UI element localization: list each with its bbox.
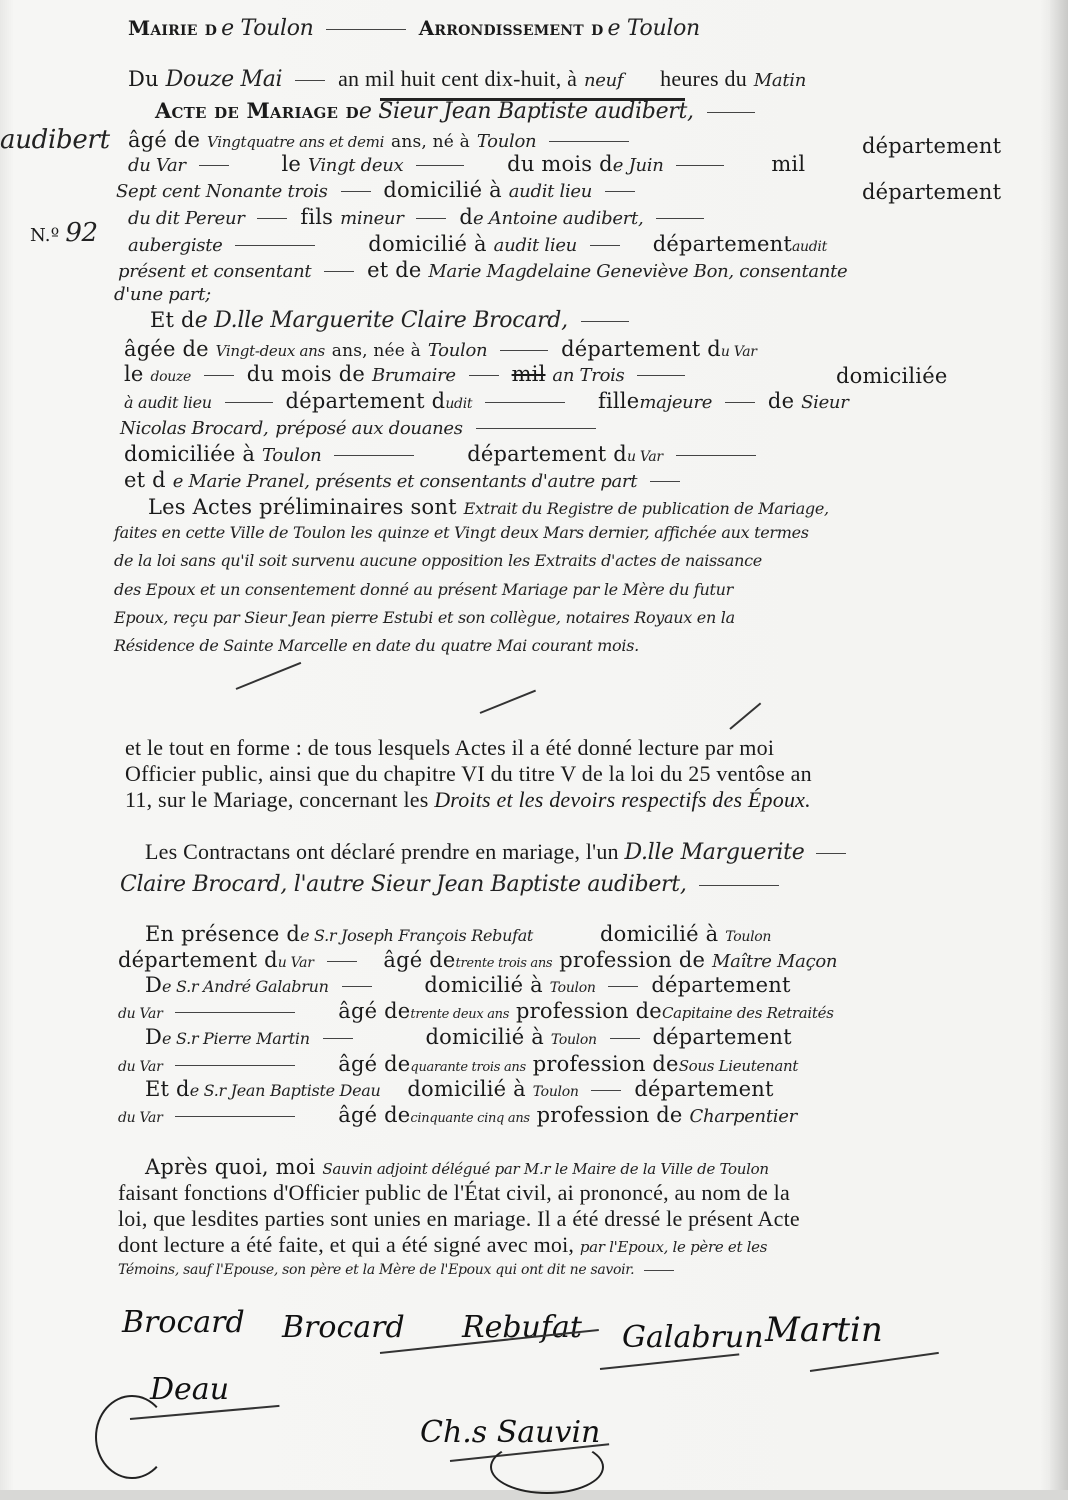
age-suffix-bride: ans, née à <box>332 341 421 361</box>
preliminaries-hw-5: Résidence de Sainte Marcelle en date du … <box>114 636 639 655</box>
closing-line-4-text: dont lecture a été faite, et qui a été s… <box>118 1232 574 1257</box>
arrondissement-label: Arrondissement d <box>419 16 604 40</box>
witness-1-domicile: Toulon <box>725 929 771 945</box>
signature-flourish <box>810 1352 939 1372</box>
witness-4-name: e S.r Jean Baptiste Deau <box>190 1081 381 1100</box>
signature-martin: Martin <box>765 1310 883 1350</box>
number-label: N.º <box>30 225 59 246</box>
closing-line-2: faisant fonctions d'Officier public de l… <box>118 1180 790 1206</box>
father-occupation: aubergiste <box>128 235 223 256</box>
witness-1-prof-label: profession de <box>559 948 705 972</box>
bride-line-3: le douze du mois de Brumaire mil an Troi… <box>124 362 691 386</box>
filler-stroke <box>480 690 536 714</box>
witness-3-profession: Sous Lieutenant <box>679 1057 798 1075</box>
father-presence: présent et consentant <box>118 261 311 282</box>
witness-4-line-2: du Var âgé decinquante cinq ans professi… <box>118 1103 797 1127</box>
preliminaries-hw-1: faites en cette Ville de Toulon les quin… <box>114 523 809 542</box>
mil-label: mil <box>771 152 805 176</box>
groom-line-5: du dit Pereur fils mineur de Antoine aud… <box>128 205 710 229</box>
printed-italic: Droits et les devoirs respectifs des Épo… <box>434 787 811 812</box>
mairie-label: Mairie d <box>128 16 217 40</box>
month-label: du mois d <box>507 152 613 176</box>
fille-label: fille <box>598 389 639 413</box>
groom-line-1: Acte de Mariage de Sieur Jean Baptiste a… <box>155 98 761 124</box>
witness-4-line-1: Et de S.r Jean Baptiste Deau domicilié à… <box>145 1077 774 1101</box>
witness-3-age: quarante trois ans <box>410 1060 525 1075</box>
witness-2-line-2: du Var âgé detrente deux ans profession … <box>118 999 834 1023</box>
preliminaries-label-line: Les Actes préliminaires sont Extrait du … <box>148 495 829 519</box>
printed-line-2: Officier public, ainsi que du chapitre V… <box>125 761 812 787</box>
witness-2-age-label: âgé de <box>338 999 410 1023</box>
domicile-label: domicilié à <box>383 178 501 202</box>
age-label: âgé de <box>128 128 200 152</box>
signature-flourish <box>600 1353 739 1370</box>
date-day-month: Douze Mai <box>166 67 283 92</box>
signature-flourish-loop <box>490 1440 604 1494</box>
margin-surname: audibert <box>0 125 110 155</box>
groom-birth-day: Vingt deux <box>308 155 403 176</box>
preliminaries-hw-0: Extrait du Registre de publication de Ma… <box>464 499 829 518</box>
witness-intro: En présence d <box>145 922 300 946</box>
groom-line-7: présent et consentant et de Marie Magdel… <box>118 258 847 282</box>
signature-brocard-2: Brocard <box>282 1310 405 1345</box>
witness-3-name: e S.r Pierre Martin <box>162 1029 310 1048</box>
hour-value: neuf <box>584 70 623 91</box>
bride-line-4: à audit lieu département dudit fillemaje… <box>124 389 849 413</box>
bride-line-7: et d e Marie Pranel, présents et consent… <box>124 468 686 492</box>
witness-1-dept: u Var <box>278 955 314 971</box>
bride-domicile-label: domiciliée <box>836 364 947 388</box>
signature-deau: Deau <box>150 1372 229 1407</box>
witness-4-age: cinquante cinq ans <box>410 1111 529 1126</box>
witness-3-dept: du Var <box>118 1059 163 1075</box>
witness-1-name: e S.r Joseph François Rebufat <box>300 926 533 945</box>
acte-label: Acte de Mariage d <box>155 98 359 123</box>
groom-line-3: du Var le Vingt deux du mois de Juin mil <box>128 152 805 176</box>
father-domicile: audit lieu <box>494 235 577 256</box>
bride-domicile2-label: domiciliée à <box>124 442 255 466</box>
signature-galabrun: Galabrun <box>622 1320 764 1355</box>
bride-line-6: domiciliée à Toulon département du Var <box>124 442 762 466</box>
signature-flourish-loop <box>95 1395 169 1479</box>
header-row: Mairie de Toulon Arrondissement de Toulo… <box>128 16 700 41</box>
signature-rebufat: Rebufat <box>462 1310 582 1345</box>
groom-birth-year: Sept cent Nonante trois <box>116 181 328 202</box>
father-domicile-label: domicilié à <box>368 232 486 256</box>
groom-line-4: Sept cent Nonante trois domicilié à audi… <box>116 178 641 202</box>
filler-stroke <box>729 703 761 730</box>
officer-hw: Sauvin adjoint délégué par M.r le Maire … <box>322 1160 768 1178</box>
witness-1-domicile-label: domicilié à <box>600 922 718 946</box>
groom-line-6: aubergiste domicilié à audit lieu départ… <box>128 232 827 256</box>
page-edge <box>1050 0 1068 1500</box>
bride-father: Nicolas Brocard, <box>120 418 268 439</box>
age-suffix: ans, né à <box>391 132 470 152</box>
witness-2-domicile: Toulon <box>550 980 596 996</box>
contract-line: Les Contractans ont déclaré prendre en m… <box>145 839 852 865</box>
contract-hw-2: Claire Brocard, l'autre Sieur Jean Bapti… <box>120 872 687 897</box>
bride-birthplace: Toulon <box>428 340 487 361</box>
groom-part: d'une part; <box>114 284 211 305</box>
groom-birth-month: e Juin <box>613 155 664 176</box>
witness-4-prof-label: profession de <box>537 1103 683 1127</box>
document-page: Mairie de Toulon Arrondissement de Toulo… <box>0 0 1068 1500</box>
bride-domicile2: Toulon <box>262 445 321 466</box>
bride-dept: u Var <box>721 344 757 360</box>
bride-name: e D.lle Marguerite Claire Brocard, <box>195 308 568 333</box>
witness-1-line-1: En présence de S.r Joseph François Rebuf… <box>145 922 771 946</box>
witness-3-prof-label: profession de <box>533 1052 679 1076</box>
bride-dept-label: département d <box>561 337 721 361</box>
groom-dept-2: du dit Pereur <box>128 208 245 229</box>
witness-4-profession: Charpentier <box>689 1106 796 1127</box>
bride-birth-month: Brumaire <box>372 365 456 386</box>
witness-2-dept: du Var <box>118 1006 163 1022</box>
contract-hw-1: D.lle Marguerite <box>624 840 804 865</box>
period-value: Matin <box>754 70 806 91</box>
bride-line-5: Nicolas Brocard, préposé aux douanes <box>120 415 602 439</box>
mother-label: et de <box>367 258 421 282</box>
witness-3-prefix: D <box>145 1025 162 1049</box>
printed-line-3: 11, sur le Mariage, concernant les Droit… <box>125 787 811 813</box>
number-value: 92 <box>65 218 97 248</box>
witness-2-dept-label: département <box>651 973 790 997</box>
groom-name: e Sieur Jean Baptiste audibert, <box>359 99 694 124</box>
bride-father-occupation: préposé aux douanes <box>275 418 462 439</box>
witness-3-line-1: De S.r Pierre Martin domicilié à Toulon … <box>145 1025 792 1049</box>
groom-father: e Antoine audibert, <box>473 208 643 229</box>
bride-dept3-label: département d <box>467 442 627 466</box>
witness-2-prof-label: profession de <box>516 999 662 1023</box>
fille-status: majeure <box>639 392 712 413</box>
bride-mother-label: et d <box>124 468 166 492</box>
sign-hw-1: par l'Epoux, le père et les <box>580 1238 767 1256</box>
father-dept-label: département <box>653 232 792 256</box>
du-label: Du <box>128 67 159 91</box>
bride-birth-day: douze <box>150 369 191 385</box>
printed-line-3-text: 11, sur le Mariage, concernant les <box>125 787 434 812</box>
closing-line-5: Témoins, sauf l'Epouse, son père et la M… <box>118 1262 680 1278</box>
witness-3-dept-label: département <box>652 1025 791 1049</box>
witness-3-domicile-label: domicilié à <box>426 1025 544 1049</box>
le-label-bride: le <box>124 362 144 386</box>
mil-label-bride: mil <box>512 362 546 386</box>
witness-1-line-2: département du Var âgé detrente trois an… <box>118 948 837 972</box>
fils-status: mineur <box>340 208 403 229</box>
bride-father-label: de <box>768 389 794 413</box>
bride-dept-label-2: département d <box>286 389 446 413</box>
preliminaries-hw-4: Epoux, reçu par Sieur Jean pierre Estubi… <box>114 608 735 627</box>
witness-4-dept-label: département <box>634 1077 773 1101</box>
dept-label-2: département <box>862 180 1001 204</box>
groom-birthplace: Toulon <box>477 131 536 152</box>
bride-mother: e Marie Pranel, présents et consentants … <box>173 471 637 492</box>
witness-2-line-1: De S.r André Galabrun domicilié à Toulon… <box>145 973 791 997</box>
father-dept: audit <box>792 239 827 255</box>
witness-2-prefix: D <box>145 973 162 997</box>
witness-4-domicile-label: domicilié à <box>407 1077 525 1101</box>
groom-mother: Marie Magdelaine Geneviève Bon, consenta… <box>428 261 847 282</box>
witness-1-age: trente trois ans <box>456 956 553 971</box>
preliminaries-hw-3: des Epoux et un consentement donné au pr… <box>114 580 733 599</box>
groom-age: Vingtquatre ans et demi <box>207 133 384 151</box>
father-label: d <box>459 205 473 229</box>
printed-line-1: et le tout en forme : de tous lesquels A… <box>125 735 774 761</box>
contract-label: Les Contractans ont déclaré prendre en m… <box>145 839 619 864</box>
witness-2-name: e S.r André Galabrun <box>162 977 329 996</box>
witness-4-dept: du Var <box>118 1110 163 1126</box>
witness-3-line-2: du Var âgé dequarante trois ans professi… <box>118 1052 798 1076</box>
mairie-value: e Toulon <box>221 16 313 41</box>
sign-hw-2: Témoins, sauf l'Epouse, son père et la M… <box>118 1262 634 1278</box>
preliminaries-label: Les Actes préliminaires sont <box>148 495 457 519</box>
closing-line-3: loi, que lesdites parties sont unies en … <box>118 1206 800 1232</box>
witness-4-domicile: Toulon <box>533 1084 579 1100</box>
age-label-bride: âgée de <box>124 337 209 361</box>
witness-1-age-label: âgé de <box>383 948 455 972</box>
et-label: Et d <box>150 308 195 332</box>
hour-label: heures du <box>660 66 747 91</box>
bride-domicile: à audit lieu <box>124 393 212 412</box>
witness-3-age-label: âgé de <box>338 1052 410 1076</box>
contract-line-2: Claire Brocard, l'autre Sieur Jean Bapti… <box>120 872 785 897</box>
preliminaries-hw-2: de la loi sans qu'il soit survenu aucune… <box>114 551 762 570</box>
arrondissement-value: e Toulon <box>607 16 699 41</box>
witness-4-prefix: Et d <box>145 1077 190 1101</box>
closing-line-4: dont lecture a été faite, et qui a été s… <box>118 1232 767 1258</box>
signature-brocard-1: Brocard <box>122 1305 245 1340</box>
witness-2-age: trente deux ans <box>410 1007 509 1022</box>
apres-label: Après quoi, moi <box>145 1155 315 1179</box>
witness-2-domicile-label: domicilié à <box>424 973 542 997</box>
filler-stroke <box>236 662 302 690</box>
witness-1-dept-label: département d <box>118 948 278 972</box>
bride-birth-year: an Trois <box>552 365 624 386</box>
witness-4-age-label: âgé de <box>338 1103 410 1127</box>
bride-age: Vingt-deux ans <box>216 342 325 360</box>
le-label: le <box>282 152 302 176</box>
year-text: an mil huit cent dix-huit, à <box>338 66 577 91</box>
bride-father-title: Sieur <box>801 392 848 413</box>
groom-line-2: âgé de Vingtquatre ans et demi ans, né à… <box>128 128 635 152</box>
fils-label: fils <box>300 205 333 229</box>
groom-dept: du Var <box>128 155 186 176</box>
month-label-bride: du mois de <box>247 362 365 386</box>
bride-dept-2: udit <box>445 396 472 412</box>
witness-1-profession: Maître Maçon <box>712 951 837 972</box>
witness-3-domicile: Toulon <box>551 1032 597 1048</box>
bride-line-1: Et de D.lle Marguerite Claire Brocard, <box>150 308 635 333</box>
bride-dept3: u Var <box>627 449 663 465</box>
groom-domicile: audit lieu <box>509 181 592 202</box>
margin-number: N.º 92 <box>30 218 98 248</box>
dept-label: département <box>862 134 1001 158</box>
witness-2-profession: Capitaine des Retraités <box>662 1004 834 1022</box>
date-line: Du Douze Mai an mil huit cent dix-huit, … <box>128 66 806 92</box>
closing-line-1: Après quoi, moi Sauvin adjoint délégué p… <box>145 1155 769 1179</box>
bride-line-2: âgée de Vingt-deux ans ans, née à Toulon… <box>124 337 757 361</box>
